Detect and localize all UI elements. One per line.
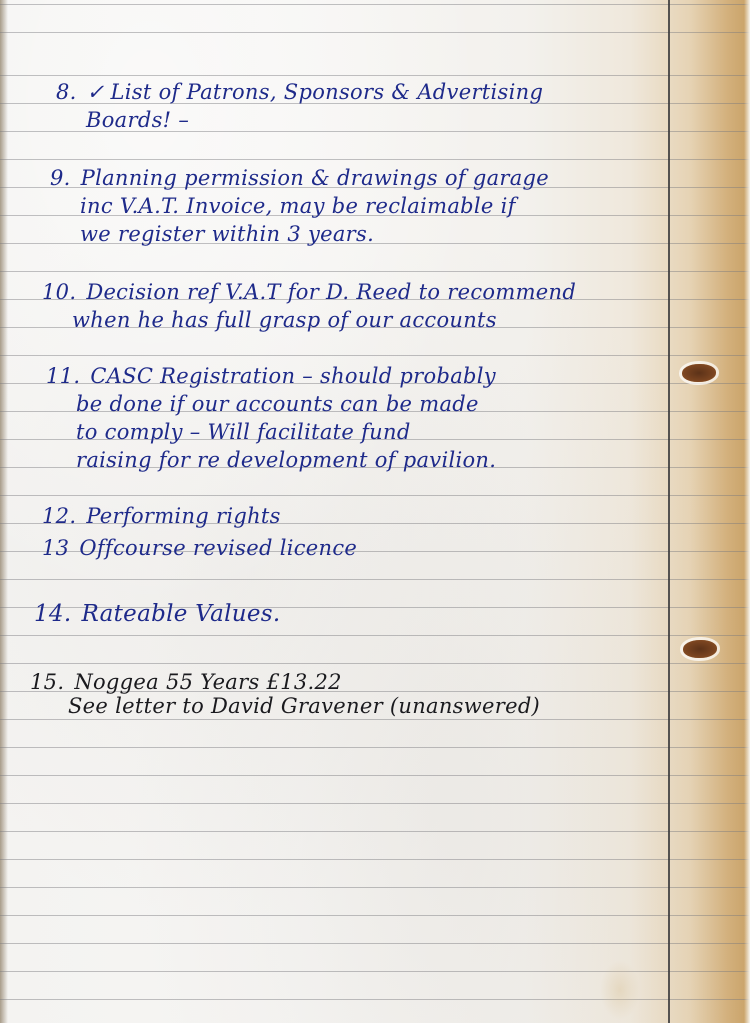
item-line: inc V.A.T. Invoice, may be reclaimable i…: [50, 192, 549, 220]
punch-hole-top: [682, 364, 716, 382]
item-line: Offcourse revised licence: [79, 536, 357, 560]
note-item-12: 12.Performing rights: [42, 502, 281, 530]
item-line: Planning permission & drawings of garage: [81, 166, 549, 190]
handwritten-notes: 8.✓List of Patrons, Sponsors & Advertisi…: [0, 0, 668, 1023]
note-item-15: 15.Noggea 55 Years £13.22 See letter to …: [30, 668, 540, 720]
item-line: Rateable Values.: [81, 601, 280, 627]
note-item-11: 11.CASC Registration – should probably b…: [46, 362, 496, 474]
punch-hole-bottom: [683, 640, 717, 658]
item-line: Decision ref V.A.T for D. Reed to recomm…: [86, 280, 576, 304]
notebook-page: 8.✓List of Patrons, Sponsors & Advertisi…: [0, 0, 750, 1023]
item-number: 15.: [30, 668, 64, 696]
item-line: be done if our accounts can be made: [46, 390, 496, 418]
item-number: 11.: [46, 362, 80, 390]
note-item-13: 13Offcourse revised licence: [42, 534, 357, 562]
torn-edge: [744, 0, 750, 1023]
item-number: 12.: [42, 502, 76, 530]
item-line: raising for re development of pavilion.: [46, 446, 496, 474]
note-item-8: 8.✓List of Patrons, Sponsors & Advertisi…: [56, 78, 543, 134]
item-line: Noggea 55 Years £13.22: [74, 670, 341, 694]
item-number: 8.: [56, 78, 77, 106]
note-item-10: 10.Decision ref V.A.T for D. Reed to rec…: [42, 278, 576, 334]
note-item-9: 9.Planning permission & drawings of gara…: [50, 164, 549, 248]
checkmark-icon: ✓: [87, 78, 105, 106]
item-line: See letter to David Gravener (unanswered…: [30, 692, 540, 720]
item-number: 10.: [42, 278, 76, 306]
margin-line: [668, 0, 670, 1023]
item-line: List of Patrons, Sponsors & Advertising: [111, 80, 544, 104]
item-line: Boards! –: [56, 106, 543, 134]
item-number: 13: [42, 534, 69, 562]
item-line: CASC Registration – should probably: [90, 364, 496, 388]
item-number: 14.: [34, 600, 71, 628]
item-line: when he has full grasp of our accounts: [42, 306, 576, 334]
item-line: we register within 3 years.: [50, 220, 549, 248]
item-line: Performing rights: [86, 504, 280, 528]
item-number: 9.: [50, 164, 71, 192]
note-item-14: 14.Rateable Values.: [34, 600, 281, 628]
item-line: to comply – Will facilitate fund: [46, 418, 496, 446]
